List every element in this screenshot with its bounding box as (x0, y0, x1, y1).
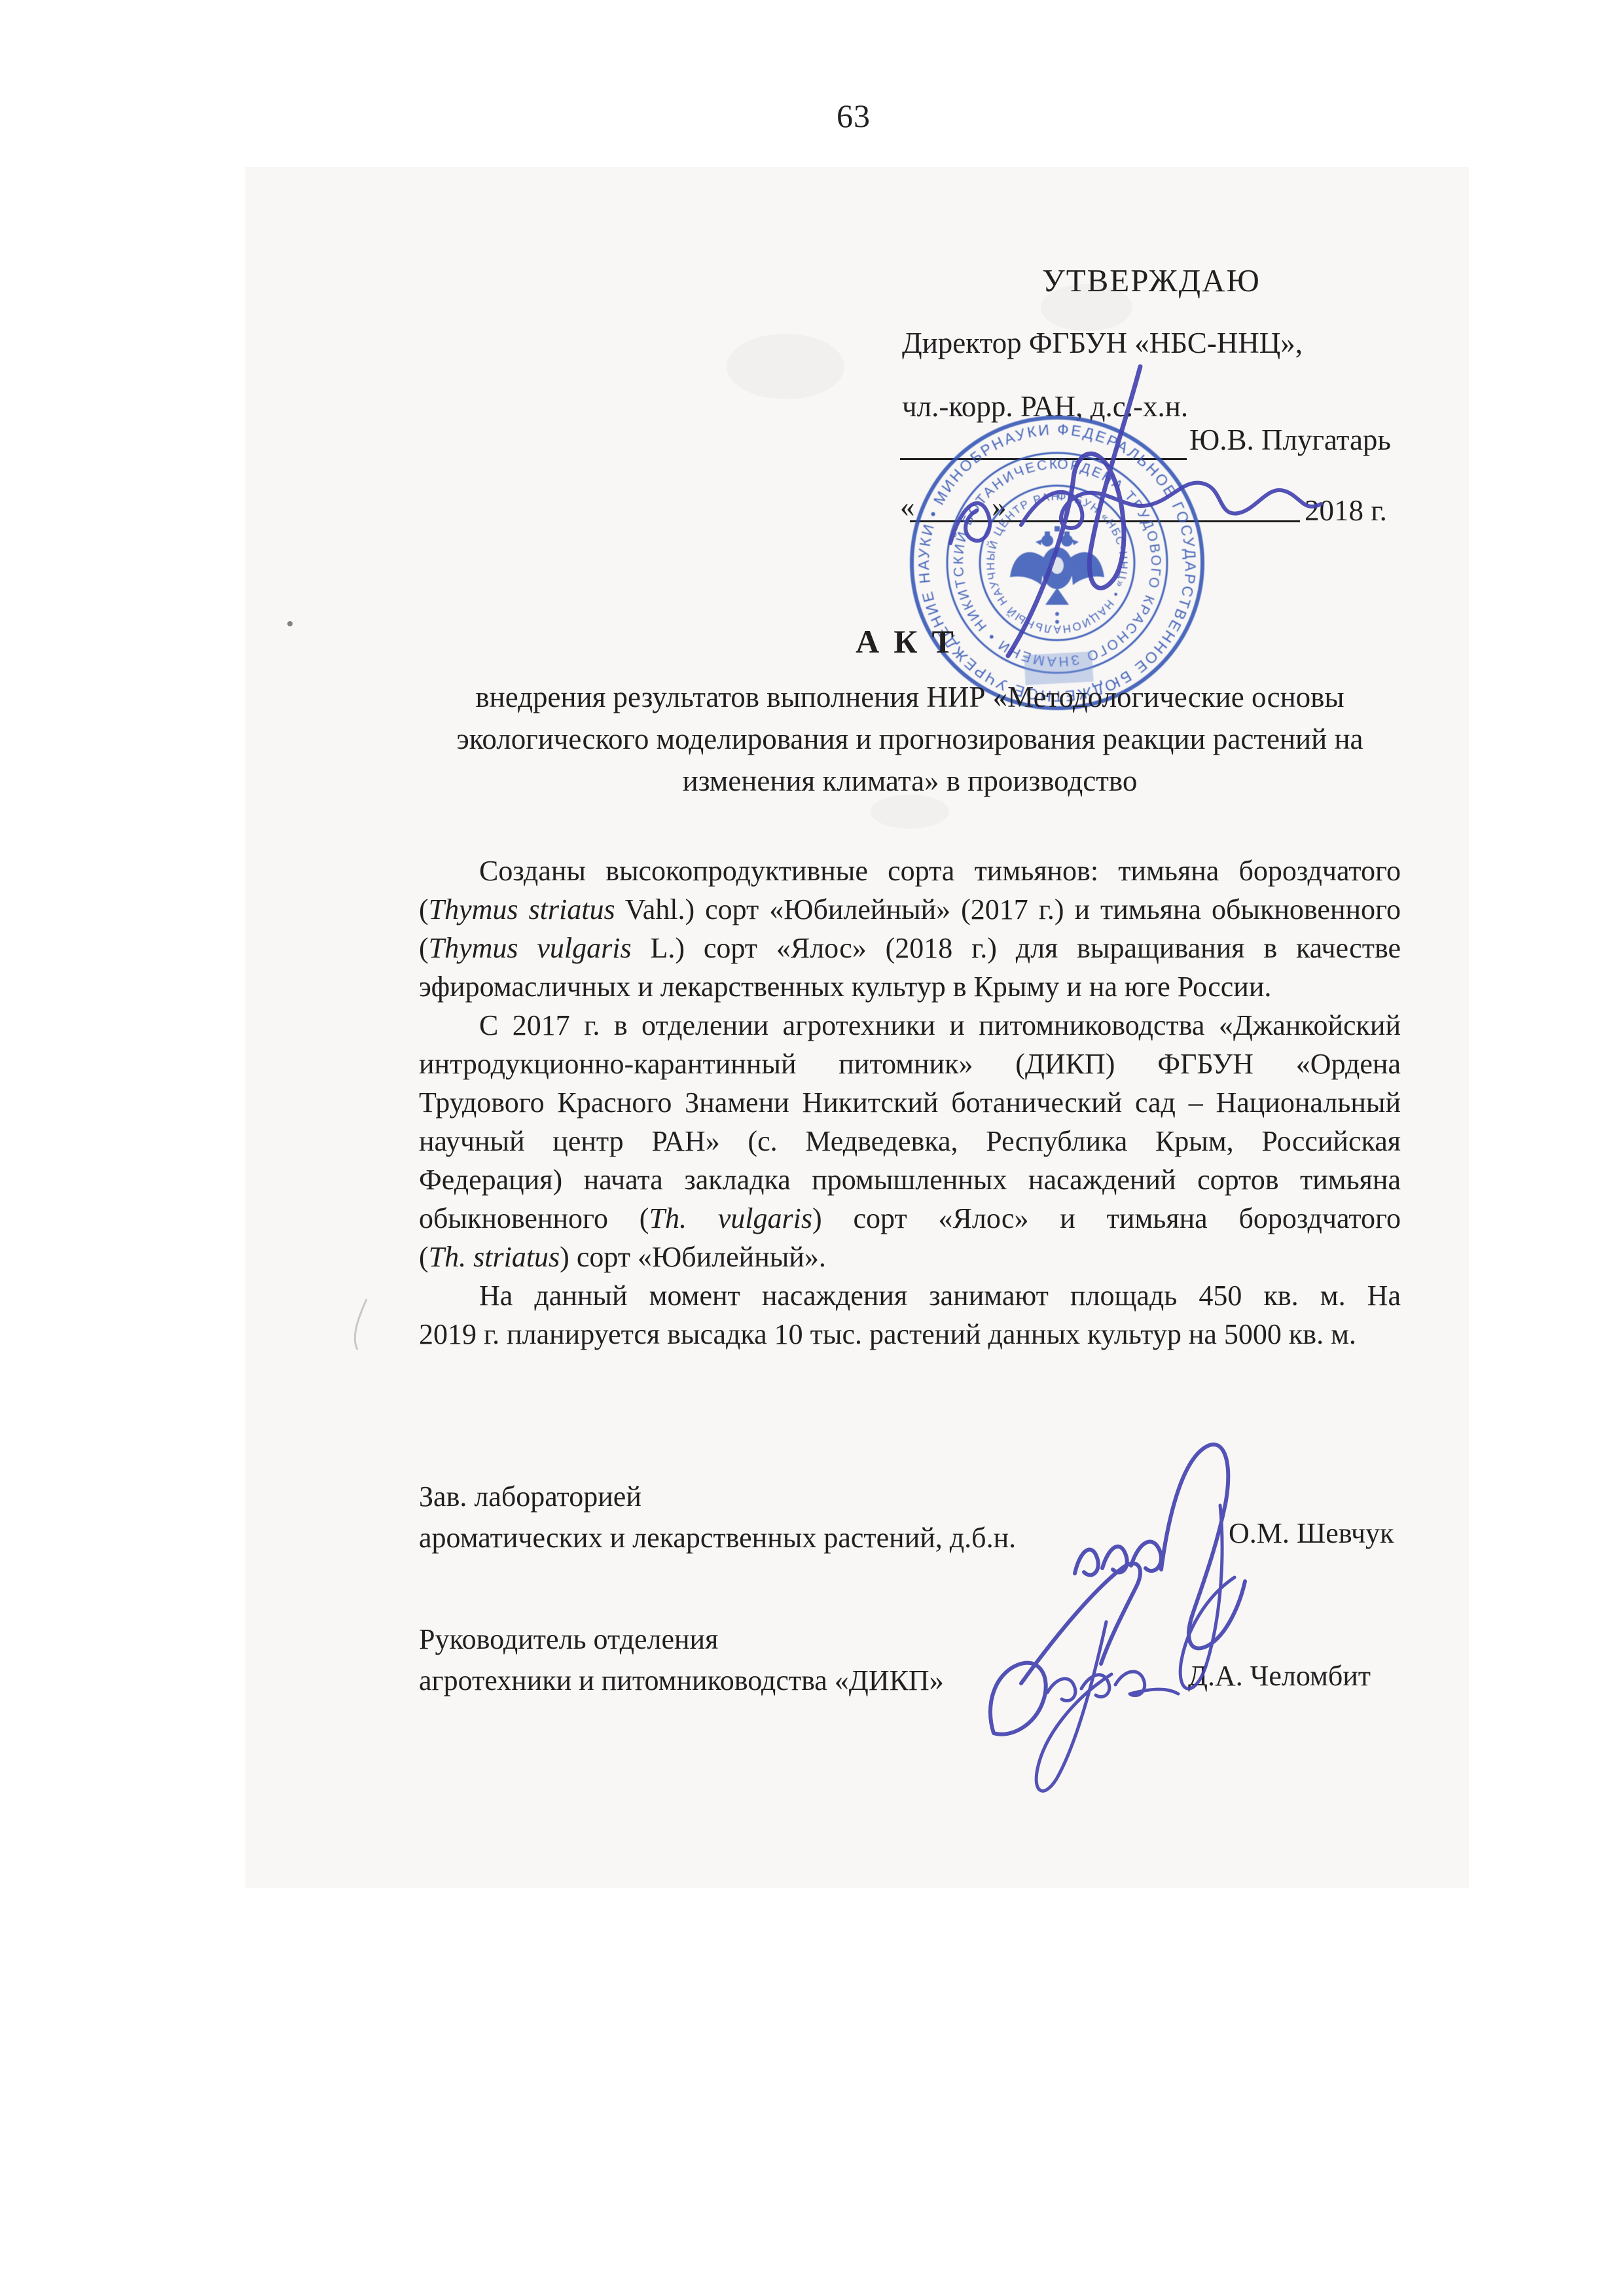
text-segment: Созданы высокопродуктивные сорта тимьяно… (479, 855, 1401, 887)
approver-position-line: Директор ФГБУН «НБС-ННЦ», (902, 325, 1303, 361)
scanned-page: { "page": { "number": "63" }, "colors": … (0, 0, 1624, 2296)
paragraph-line: обыкновенного (Th. vulgaris) сорт «Ялос»… (419, 1199, 1401, 1238)
text-segment: ( (419, 1241, 429, 1273)
document-title: АКТ (853, 622, 971, 660)
text-segment: ) сорт «Юбилейный». (560, 1241, 826, 1273)
text-segment: обыкновенного ( (419, 1202, 649, 1234)
text-segment: научный центр РАН» (с. Медведевка, Респу… (419, 1125, 1401, 1157)
paragraph-line: научный центр РАН» (с. Медведевка, Респу… (419, 1122, 1401, 1160)
text-segment: Vahl.) сорт «Юбилейный» (2017 г.) и тимь… (615, 893, 1401, 925)
signatory-role-line: ароматических и лекарственных растений, … (419, 1517, 1016, 1558)
text-segment: ( (419, 893, 429, 925)
paragraph-line: Созданы высокопродуктивные сорта тимьяно… (419, 852, 1401, 890)
text-segment: Трудового Красного Знамени Никитский бот… (419, 1086, 1401, 1119)
double-headed-eagle-emblem (1010, 526, 1104, 624)
signatory-name: Д.А. Челомбит (1188, 1659, 1371, 1693)
paragraph-line: (Thymus striatus Vahl.) сорт «Юбилейный»… (419, 890, 1401, 929)
signatory-role-block: Зав. лабораториейароматических и лекарст… (419, 1476, 1016, 1558)
signatory-role-line: Зав. лабораторией (419, 1476, 1016, 1517)
signatory-name: О.М. Шевчук (1229, 1516, 1394, 1550)
text-segment: Федерация) начата закладка промышленных … (419, 1164, 1401, 1196)
approve-heading: УТВЕРЖДАЮ (1042, 262, 1261, 300)
text-segment: L.) сорт «Ялос» (2018 г.) для выращивани… (632, 932, 1401, 964)
paragraph: Созданы высокопродуктивные сорта тимьяно… (419, 852, 1401, 1006)
paragraph: С 2017 г. в отделении агротехники и пито… (419, 1006, 1401, 1276)
paragraph-line: Трудового Красного Знамени Никитский бот… (419, 1083, 1401, 1122)
signatory-role-block: Руководитель отделенияагротехники и пито… (419, 1619, 944, 1701)
subtitle-line: экологического моделирования и прогнозир… (419, 718, 1401, 760)
paragraph-line: 2019 г. планируется высадка 10 тыс. раст… (419, 1315, 1401, 1354)
approver-name: Ю.В. Плугатарь (1189, 422, 1391, 457)
document-subtitle: внедрения результатов выполнения НИР «Ме… (419, 676, 1401, 802)
subtitle-line: внедрения результатов выполнения НИР «Ме… (419, 676, 1401, 718)
signatory-role-line: агротехники и питомниководства «ДИКП» (419, 1660, 944, 1701)
round-stamp: ФЕДЕРАЛЬНОЕ ГОСУДАРСТВЕННОЕ БЮДЖЕТНОЕ УЧ… (900, 406, 1214, 720)
text-segment: На данный момент насаждения занимают пло… (479, 1280, 1401, 1312)
text-segment: эфиромасличных и лекарственных культур в… (419, 971, 1271, 1003)
paragraph-line: На данный момент насаждения занимают пло… (419, 1276, 1401, 1315)
paragraph-line: интродукционно-карантинный питомник» (ДИ… (419, 1045, 1401, 1083)
latin-species-name: Th. striatus (429, 1241, 560, 1273)
text-segment: 2019 г. планируется высадка 10 тыс. раст… (419, 1318, 1356, 1350)
stamp-svg: ФЕДЕРАЛЬНОЕ ГОСУДАРСТВЕННОЕ БЮДЖЕТНОЕ УЧ… (900, 406, 1214, 720)
latin-species-name: Th. vulgaris (649, 1202, 812, 1234)
document-body: Созданы высокопродуктивные сорта тимьяно… (419, 852, 1401, 1354)
date-year: 2018 г. (1305, 493, 1387, 528)
paragraph-line: (Thymus vulgaris L.) сорт «Ялос» (2018 г… (419, 929, 1401, 967)
paragraph-line: эфиромасличных и лекарственных культур в… (419, 967, 1401, 1006)
text-segment: С 2017 г. в отделении агротехники и пито… (479, 1009, 1401, 1041)
page-number: 63 (837, 97, 871, 135)
text-segment: ( (419, 932, 429, 964)
subtitle-line: изменения климата» в производство (419, 760, 1401, 802)
scanned-document-region: УТВЕРЖДАЮ Директор ФГБУН «НБС-ННЦ», чл.-… (245, 167, 1469, 1888)
text-segment: интродукционно-карантинный питомник» (ДИ… (419, 1048, 1401, 1080)
paragraph: На данный момент насаждения занимают пло… (419, 1276, 1401, 1354)
latin-species-name: Thymus vulgaris (429, 932, 632, 964)
latin-species-name: Thymus striatus (429, 893, 615, 925)
paragraph-line: С 2017 г. в отделении агротехники и пито… (419, 1006, 1401, 1045)
text-segment: ) сорт «Ялос» и тимьяна бороздчатого (812, 1202, 1401, 1234)
signatory-role-line: Руководитель отделения (419, 1619, 944, 1660)
paragraph-line: Федерация) начата закладка промышленных … (419, 1160, 1401, 1199)
paragraph-line: (Th. striatus) сорт «Юбилейный». (419, 1238, 1401, 1276)
